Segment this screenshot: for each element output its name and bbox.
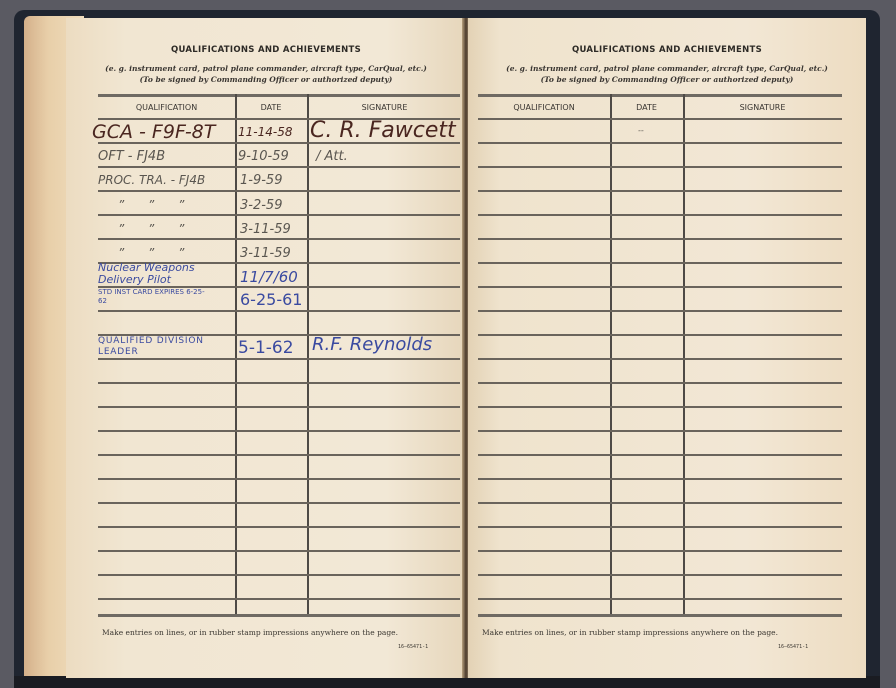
column-header-signature: SIGNATURE bbox=[683, 103, 842, 112]
row-line bbox=[478, 286, 842, 288]
row-line bbox=[478, 502, 842, 504]
row-line bbox=[98, 526, 460, 528]
left-page: QUALIFICATIONS AND ACHIEVEMENTS (e. g. i… bbox=[66, 18, 466, 678]
row-line bbox=[478, 214, 842, 216]
row-line bbox=[98, 574, 460, 576]
qualifications-table: QUALIFICATION DATE SIGNATURE GCA - F9F-8… bbox=[98, 94, 460, 616]
row-line bbox=[98, 190, 460, 192]
row-line bbox=[478, 358, 842, 360]
row-line bbox=[98, 430, 460, 432]
row-line bbox=[98, 214, 460, 216]
row-line bbox=[478, 430, 842, 432]
entry-qualification: ” ” ” bbox=[118, 246, 184, 260]
entry-qualification: ” ” ” bbox=[118, 222, 184, 236]
row-line bbox=[98, 502, 460, 504]
column-divider bbox=[307, 94, 309, 616]
row-line bbox=[478, 550, 842, 552]
form-number: 16—65471-1 bbox=[778, 644, 808, 650]
entry-signature: R.F. Reynolds bbox=[312, 334, 432, 355]
entry-date: 3-11-59 bbox=[240, 222, 291, 237]
subtitle-line-1: (e. g. instrument card, patrol plane com… bbox=[66, 63, 466, 74]
row-line bbox=[98, 406, 460, 408]
column-divider bbox=[610, 94, 612, 616]
row-line bbox=[98, 166, 460, 168]
header-top-rule bbox=[98, 94, 460, 97]
row-line bbox=[98, 310, 460, 312]
row-line bbox=[478, 142, 842, 144]
header-bottom-rule bbox=[478, 118, 842, 120]
row-line bbox=[98, 478, 460, 480]
row-line bbox=[478, 382, 842, 384]
column-header-signature: SIGNATURE bbox=[307, 103, 462, 112]
right-page: QUALIFICATIONS AND ACHIEVEMENTS (e. g. i… bbox=[468, 18, 866, 678]
entry-date: 3-11-59 bbox=[240, 246, 291, 261]
entry-date: 1-9-59 bbox=[240, 173, 282, 188]
subtitle-line-1: (e. g. instrument card, patrol plane com… bbox=[468, 63, 866, 74]
row-line bbox=[478, 310, 842, 312]
row-line bbox=[478, 454, 842, 456]
row-line bbox=[478, 166, 842, 168]
entry-qualification: Nuclear Weapons Delivery Pilot bbox=[98, 262, 228, 286]
row-line bbox=[98, 238, 460, 240]
row-line bbox=[478, 598, 842, 600]
row-line bbox=[98, 598, 460, 600]
page-subtitle: (e. g. instrument card, patrol plane com… bbox=[468, 63, 866, 85]
column-header-date: DATE bbox=[610, 103, 683, 112]
row-line bbox=[478, 406, 842, 408]
row-line bbox=[98, 550, 460, 552]
entry-signature: / Att. bbox=[316, 149, 348, 164]
row-line bbox=[478, 574, 842, 576]
entry-qualification: QUALIFIED DIVISION LEADER bbox=[98, 336, 238, 358]
row-line bbox=[98, 454, 460, 456]
entry-qualification: ” ” ” bbox=[118, 198, 184, 212]
row-line bbox=[478, 526, 842, 528]
subtitle-line-2: (To be signed by Commanding Officer or a… bbox=[66, 74, 466, 85]
entry-date: 9-10-59 bbox=[238, 149, 289, 164]
entry-qualification: PROC. TRA. - FJ4B bbox=[98, 173, 205, 187]
column-divider bbox=[683, 94, 685, 616]
entry-qualification: STD INST CARD EXPIRES 6-25-62 bbox=[98, 288, 208, 306]
entry-qualification: OFT - FJ4B bbox=[98, 149, 165, 164]
table-bottom-rule bbox=[478, 614, 842, 617]
page-footer-instruction: Make entries on lines, or in rubber stam… bbox=[482, 628, 778, 637]
column-header-qualification: QUALIFICATION bbox=[98, 103, 235, 112]
row-line bbox=[478, 238, 842, 240]
page-footer-instruction: Make entries on lines, or in rubber stam… bbox=[102, 628, 398, 637]
entry-qualification: GCA - F9F-8T bbox=[92, 121, 215, 143]
table-bottom-rule bbox=[98, 614, 460, 617]
entry-date: 11/7/60 bbox=[240, 268, 298, 286]
entry-signature: C. R. Fawcett bbox=[310, 118, 456, 143]
row-line bbox=[478, 478, 842, 480]
page-subtitle: (e. g. instrument card, patrol plane com… bbox=[66, 63, 466, 85]
column-header-qualification: QUALIFICATION bbox=[478, 103, 610, 112]
qualifications-table: QUALIFICATION DATE SIGNATURE -- bbox=[478, 94, 842, 616]
entry-date: 5-1-62 bbox=[238, 338, 294, 358]
row-line bbox=[98, 358, 460, 360]
row-line bbox=[98, 382, 460, 384]
row-line bbox=[478, 190, 842, 192]
entry-date: 3-2-59 bbox=[240, 198, 282, 213]
date-mark: -- bbox=[638, 126, 644, 135]
row-line bbox=[478, 334, 842, 336]
page-title: QUALIFICATIONS AND ACHIEVEMENTS bbox=[468, 45, 866, 55]
column-header-date: DATE bbox=[235, 103, 307, 112]
row-line bbox=[478, 262, 842, 264]
entry-date: 6-25-61 bbox=[240, 290, 302, 309]
page-title: QUALIFICATIONS AND ACHIEVEMENTS bbox=[66, 45, 466, 55]
subtitle-line-2: (To be signed by Commanding Officer or a… bbox=[468, 74, 866, 85]
header-top-rule bbox=[478, 94, 842, 97]
form-number: 16—65471-1 bbox=[398, 644, 428, 650]
entry-date: 11-14-58 bbox=[238, 125, 292, 139]
